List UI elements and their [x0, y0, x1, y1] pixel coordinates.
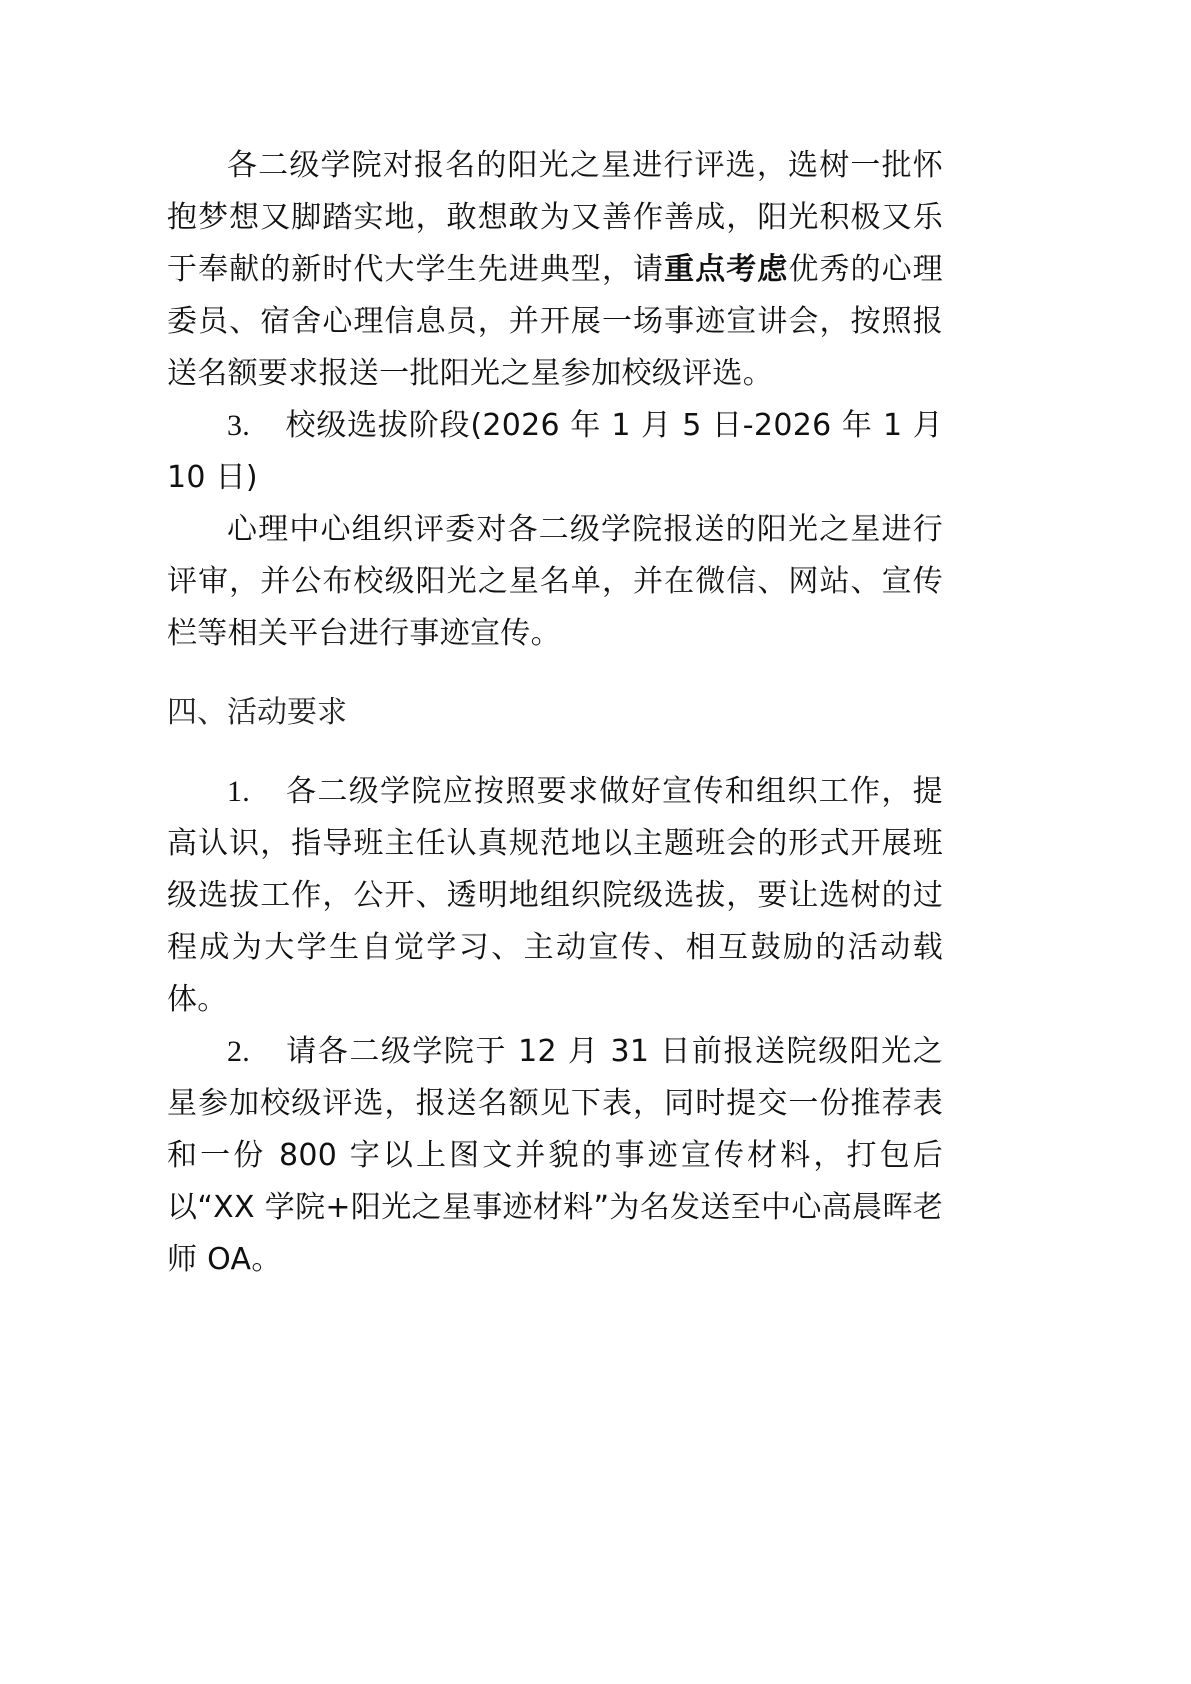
- emphasis-text: 重点考虑: [664, 252, 788, 287]
- list-number: 3.: [227, 400, 285, 452]
- document-page: 各二级学院对报名的阳光之星进行评选，选树一批怀抱梦想又脚踏实地，敢想敢为又善作善…: [167, 140, 943, 1286]
- list-number: 1.: [227, 766, 285, 818]
- list-number: 2.: [227, 1026, 285, 1078]
- list-item: 2.请各二级学院于 12 月 31 日前报送院级阳光之星参加校级评选，报送名额见…: [167, 1026, 943, 1286]
- stage3-heading: 3.校级选拔阶段(2026 年 1 月 5 日-2026 年 1 月 10 日): [167, 400, 943, 504]
- section-heading-requirements: 四、活动要求: [167, 687, 943, 739]
- paragraph-college-selection: 各二级学院对报名的阳光之星进行评选，选树一批怀抱梦想又脚踏实地，敢想敢为又善作善…: [167, 140, 943, 400]
- list-item: 1.各二级学院应按照要求做好宣传和组织工作，提高认识，指导班主任认真规范地以主题…: [167, 766, 943, 1026]
- paragraph-stage3-body: 心理中心组织评委对各二级学院报送的阳光之星进行评审，并公布校级阳光之星名单，并在…: [167, 504, 943, 660]
